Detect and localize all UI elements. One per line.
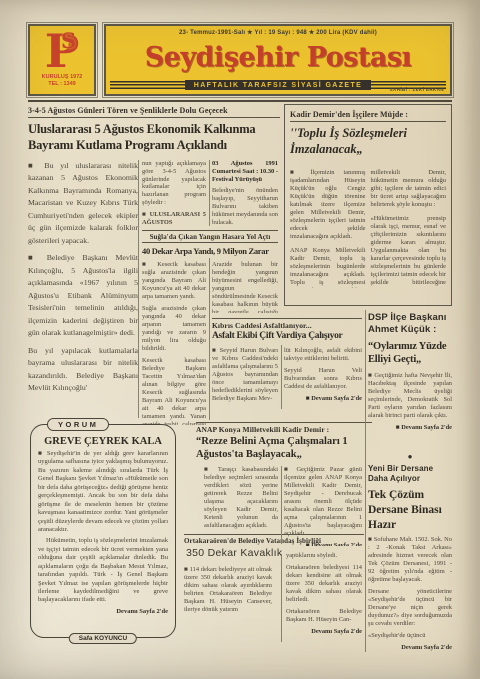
dersane-paragraph: «Seydişehir'de üçüncü [368,632,452,640]
labor-story-box: Kadir Demir'den İşçilere Müjde : ''Toplu… [284,104,452,306]
logo-letter-s: S [61,30,76,51]
poplar-paragraph: Ortakaraören Belediye Başkanı H. Hüseyin… [286,608,362,624]
labor-story-headline: ''Toplu İş Sözleşmeleri İmzalanacak„ [290,126,446,157]
asphalt-story-kicker: Kıbrıs Caddesi Asfaltlanıyor... [212,318,362,330]
lead-paragraph: ■ Belediye Başkanı Mevlüt Kılınçoğlu, 5 … [28,252,138,339]
asphalt-story-headline: Asfalt Ekibi Çift Vardiya Çalışıyor [212,331,384,341]
fire-paragraph: Kesecik kasabası Belediye Başkanı Tacett… [142,357,206,425]
lead-story-column-1: ■ Bu yıl uluslararası nitelik kazanan 5 … [28,160,138,418]
continued-on-page-note: Devamı Sayfa 2'de [368,644,452,652]
poplar-paragraph: ■ 114 dekarı belediyeye ait olmak üzere … [184,566,272,614]
rezze-story-headline: “Rezze Belini Açma Çalışmaları 1 Ağustos… [196,435,378,461]
column-rule [365,310,366,652]
logo-tel-text: TEL : 1349 [30,81,94,88]
fire-paragraph: Suğla arazisinde çıkan yangında 40 dekar… [142,305,206,353]
dsp-story-kicker: DSP İlçe Başkanı Ahmet Küçük : [368,312,452,336]
column-rule [281,466,282,544]
column-rule [209,160,210,226]
continued-on-page-note: ■ Devamı Sayfa 2'de [368,424,452,432]
fire-story-column-2: Arazide bulunan bir hendeğin yangının bü… [212,261,278,313]
asphalt-story-column-2: lüt Kılınçoğlu, asfalt ekibini takviye e… [284,347,362,409]
asphalt-paragraph: Seyyid Harun Veli Bulvarından sonra Kıbr… [284,367,362,391]
lead-story-kicker: 3-4-5 Ağustos Günleri Tören ve Şenlikler… [28,106,280,118]
column-rule [281,554,282,642]
opinion-headline: GREVE ÇEYREK KALA [31,436,175,447]
tagline-stripe-left [110,81,185,89]
lead-program-title: ■ ULUSLARARASI 5 AĞUSTOS KUTLAMA PROGRAM… [142,211,206,228]
lead-story-column-3: 03 Ağustos 1991 Cumartesi Saat : 10.30 -… [212,160,278,228]
newspaper-logo-box: P S KURULUŞ 1972 TEL : 1349 [28,24,96,96]
opinion-body: ■ Seydişehir'in de yer aldığı grev karar… [31,447,175,616]
fire-story-kicker: Suğla'da Çıkan Yangın Hasara Yol Açtı [142,230,278,243]
fire-story-column-1: ■ Kesecik kasabası suğla arazisinde çıka… [142,261,206,425]
column-rule [281,345,282,409]
lead-program-date: 03 Ağustos 1991 Cumartesi Saat : 10.30 -… [212,160,278,183]
labor-paragraph: milletvekili Demir, hükümetin memura old… [371,169,447,209]
fire-paragraph: ■ Kesecik kasabası suğla arazisinde çıka… [142,261,206,301]
opinion-paragraph: ■ Seydişehir'in de yer aldığı grev karar… [38,450,168,534]
labor-story-column-1: ■ İlçemizin tanınmış işadamlarından Hüse… [290,162,366,288]
lead-paragraph: nun yaptığı açıklamaya göre 3-4-5 Ağusto… [142,160,206,207]
asphalt-paragraph: ■ Seyyid Harun Bulvarı ve Kıbrıs Caddesi… [212,347,278,403]
section-separator-dot-icon: ● [368,452,452,461]
labor-story-columns: ■ İlçemizin tanınmış işadamlarından Hüse… [290,162,446,288]
poplar-paragraph: yaptıklarını söyledi. [286,552,362,560]
labor-story-column-2: milletvekili Demir, hükümetin memura old… [371,162,447,288]
dersane-paragraph: ■ Sofuhane Mah. 1502. Sok. No : 2 -Konak… [368,536,452,584]
column-rule [138,160,139,418]
continued-on-page-note: Devamı Sayfa 2'de [286,628,362,636]
dersane-paragraph: Dersane yöneticilerine «Seydişehir'de üç… [368,588,452,628]
opinion-column-box: YORUM GREVE ÇEYREK KALA ■ Seydişehir'in … [30,424,176,638]
labor-paragraph: «Hükümetimiz prensip olarak işçi, memur,… [371,215,447,288]
logo-monogram-icon: P S [30,28,94,74]
rezze-paragraph: ■ Geçtiğimiz Pazar günü ilçemize gelen A… [284,466,362,538]
dateline: 23- Temmuz-1991-Salı ★ Yıl : 19 Sayı : 9… [110,29,446,36]
owner-text: SAHİBİ : ZEKİ ERKAN [390,87,444,92]
rezze-paragraph: ■ Taraşçı kasabasındaki belediye seçimle… [204,466,278,530]
dsp-paragraph: ■ Geçtiğimiz hafta Nevşehir İli, Hacıbek… [368,372,452,420]
lead-paragraph: ■ Bu yıl uluslararası nitelik kazanan 5 … [28,160,138,247]
dersane-story-headline: Tek Çözüm Dersane Binası Hazır [368,488,452,533]
opinion-author-tag: Safa KOYUNCU [69,633,137,644]
dsp-story-body: ■ Geçtiğimiz hafta Nevşehir İli, Hacıbek… [368,372,452,446]
masthead: 23- Temmuz-1991-Salı ★ Yıl : 19 Sayı : 9… [104,24,452,96]
newspaper-front-page: P S KURULUŞ 1972 TEL : 1349 23- Temmuz-1… [0,0,480,679]
lead-story-headline: Uluslararası 5 Ağustos Ekonomik Kalkınma… [28,121,282,154]
poplar-story-headline: 350 Dekar Kavaklık [186,547,294,559]
opinion-column-tab: YORUM [47,418,109,431]
opinion-paragraph: Hükümetin, toplu iş sözleşmelerini imzal… [38,537,168,605]
dsp-story-headline: “Oylarımız Yüzde Elliyi Geçti„ [368,340,454,366]
rezze-story-kicker: ANAP Konya Milletvekili Kadir Demir : [196,422,372,434]
labor-paragraph: ANAP Konya Milletvekili Kadir Demir, top… [290,247,366,288]
labor-paragraph: ■ İlçemizin tanınmış işadamlarından Hüse… [290,169,366,241]
lead-paragraph: Bu yıl yapılacak kutlamalarla bayrama ul… [28,345,138,395]
lead-paragraph: Belediye'nin önünden başlayıp, Seyyithar… [212,187,278,226]
column-rule [209,258,210,420]
poplar-story-kicker: Ortakaraören'de Belediye Vatandaş İşbirl… [184,534,364,545]
dersane-story-kicker: Yeni Bir Dersane Daha Açılıyor [368,464,452,485]
asphalt-paragraph: lüt Kılınçoğlu, asfalt ekibini takviye e… [284,347,362,363]
continued-on-page-note: ■ Devamı Sayfa 2'de [284,395,362,403]
tagline-text: HAFTALIK TARAFSIZ SİYASİ GAZETE [185,80,372,90]
poplar-story-column-1: ■ 114 dekarı belediyeye ait olmak üzere … [184,566,272,640]
labor-story-kicker: Kadir Demir'den İşçilere Müjde : [290,110,446,122]
header-divider [28,100,452,102]
dersane-story-body: ■ Sofuhane Mah. 1502. Sok. No : 2 -Konak… [368,536,452,652]
fire-paragraph: Arazide bulunan bir hendeğin yangının bü… [212,261,278,313]
fire-story-headline: 40 Dekar Arpa Yandı, 9 Milyon Zarar [142,246,280,256]
continued-on-page-note: Devamı Sayfa 2'de [38,608,168,616]
newspaper-title: Seydişehir Postası [110,36,446,79]
rezze-story-column-1: ■ Taraşçı kasabasındaki belediye seçimle… [204,466,278,530]
poplar-paragraph: Ortakaraören belediyesi 114 dekarı kendi… [286,564,362,604]
lead-story-column-2: nun yaptığı açıklamaya göre 3-4-5 Ağusto… [142,160,206,228]
asphalt-story-column-1: ■ Seyyid Harun Bulvarı ve Kıbrıs Caddesi… [212,347,278,417]
poplar-story-column-2: yaptıklarını söyledi. Ortakaraören beled… [286,552,362,644]
